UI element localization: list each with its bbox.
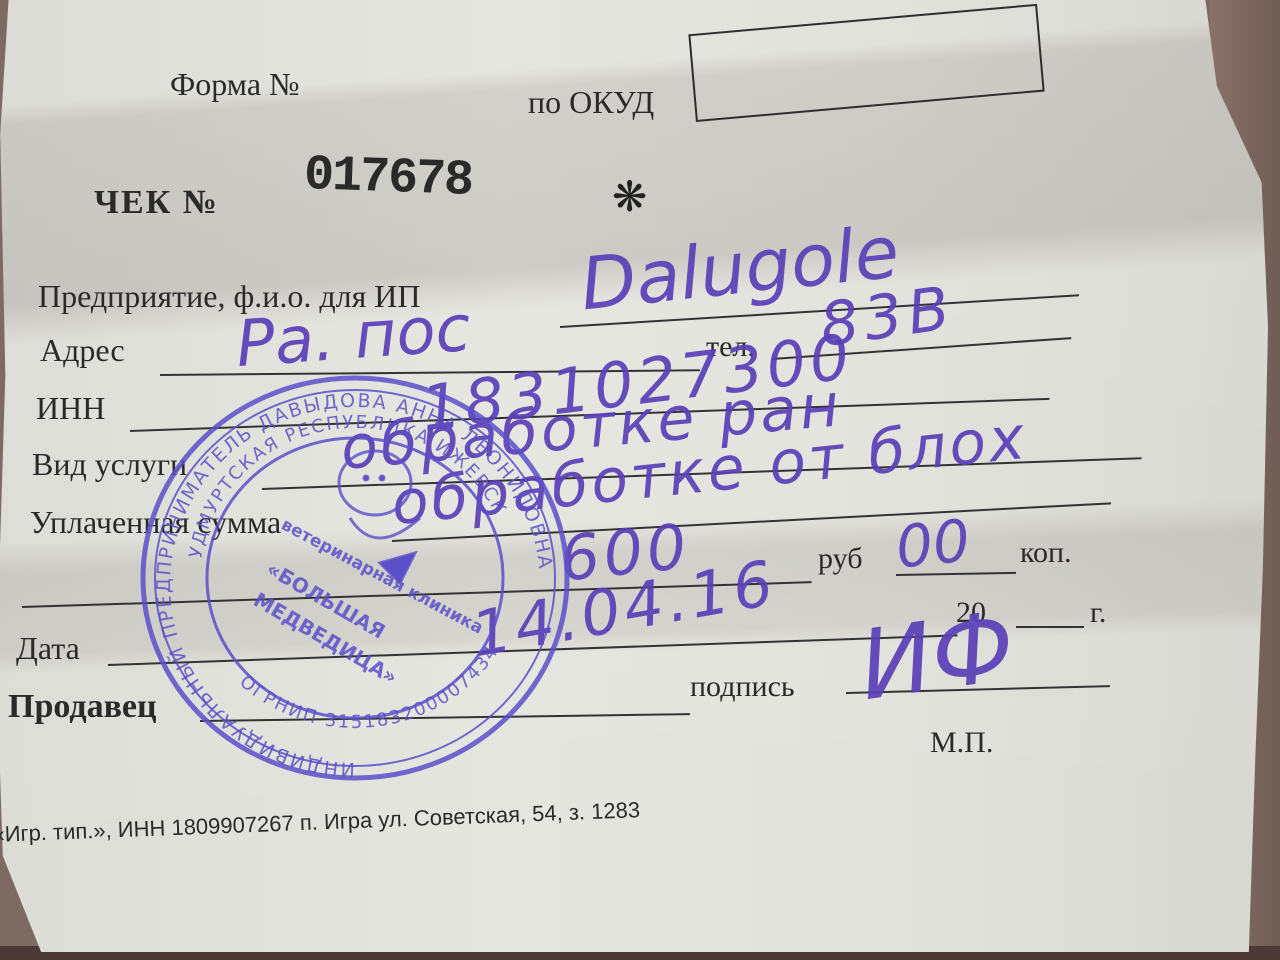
rub-label: руб: [818, 542, 862, 576]
receipt-number: 017678: [303, 147, 473, 210]
ornament-icon: ❋: [612, 172, 647, 222]
okud-label: по ОКУД: [528, 84, 654, 121]
round-stamp: ИНДИВИДУАЛЬНЫЙ ПРЕДПРИНИМАТЕЛЬ ДАВЫДОВА …: [130, 368, 580, 788]
address-label: Адрес: [40, 332, 125, 369]
receipt-label: ЧЕК №: [94, 184, 219, 222]
kop-value: 00: [893, 506, 974, 581]
inn-label: ИНН: [36, 390, 105, 427]
form-number-label: Форма №: [170, 66, 300, 103]
kop-label: коп.: [1020, 536, 1072, 570]
signature-value: ИФ: [853, 590, 1022, 722]
date-label: Дата: [16, 630, 80, 667]
year-suffix: г.: [1090, 596, 1106, 630]
stamp-place-label: М.П.: [930, 726, 993, 760]
year-underline: [1016, 626, 1084, 628]
signature-label: подпись: [690, 670, 795, 704]
